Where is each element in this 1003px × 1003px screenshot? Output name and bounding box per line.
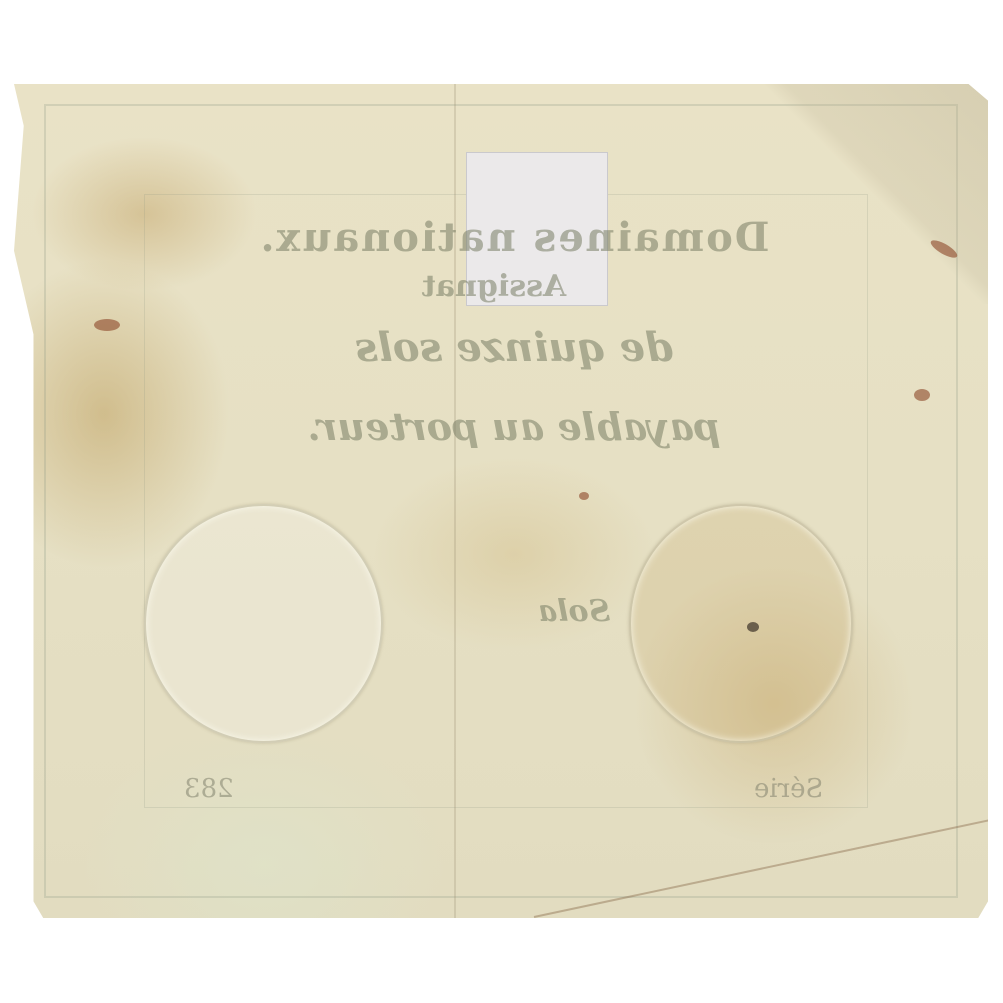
rust-spot	[579, 492, 589, 500]
corner-fold	[758, 84, 988, 304]
mirrored-heading: Domaines nationaux.	[204, 214, 824, 261]
mirrored-denomination: de quinze sols	[284, 324, 744, 371]
banknote: Domaines nationaux. Assignat de quinze s…	[14, 84, 988, 918]
rust-spot	[914, 389, 930, 401]
embossed-seal-right	[629, 504, 853, 743]
mirrored-assignat: Assignat	[354, 269, 634, 304]
serie-label-right: Série	[754, 774, 823, 804]
rust-spot	[94, 319, 120, 331]
mirrored-payable: payable au porteur.	[274, 404, 754, 449]
rust-spot	[747, 622, 759, 632]
embossed-seal-left	[144, 504, 383, 743]
vertical-fold-line	[454, 84, 456, 918]
serial-number-left: 283	[184, 774, 234, 804]
